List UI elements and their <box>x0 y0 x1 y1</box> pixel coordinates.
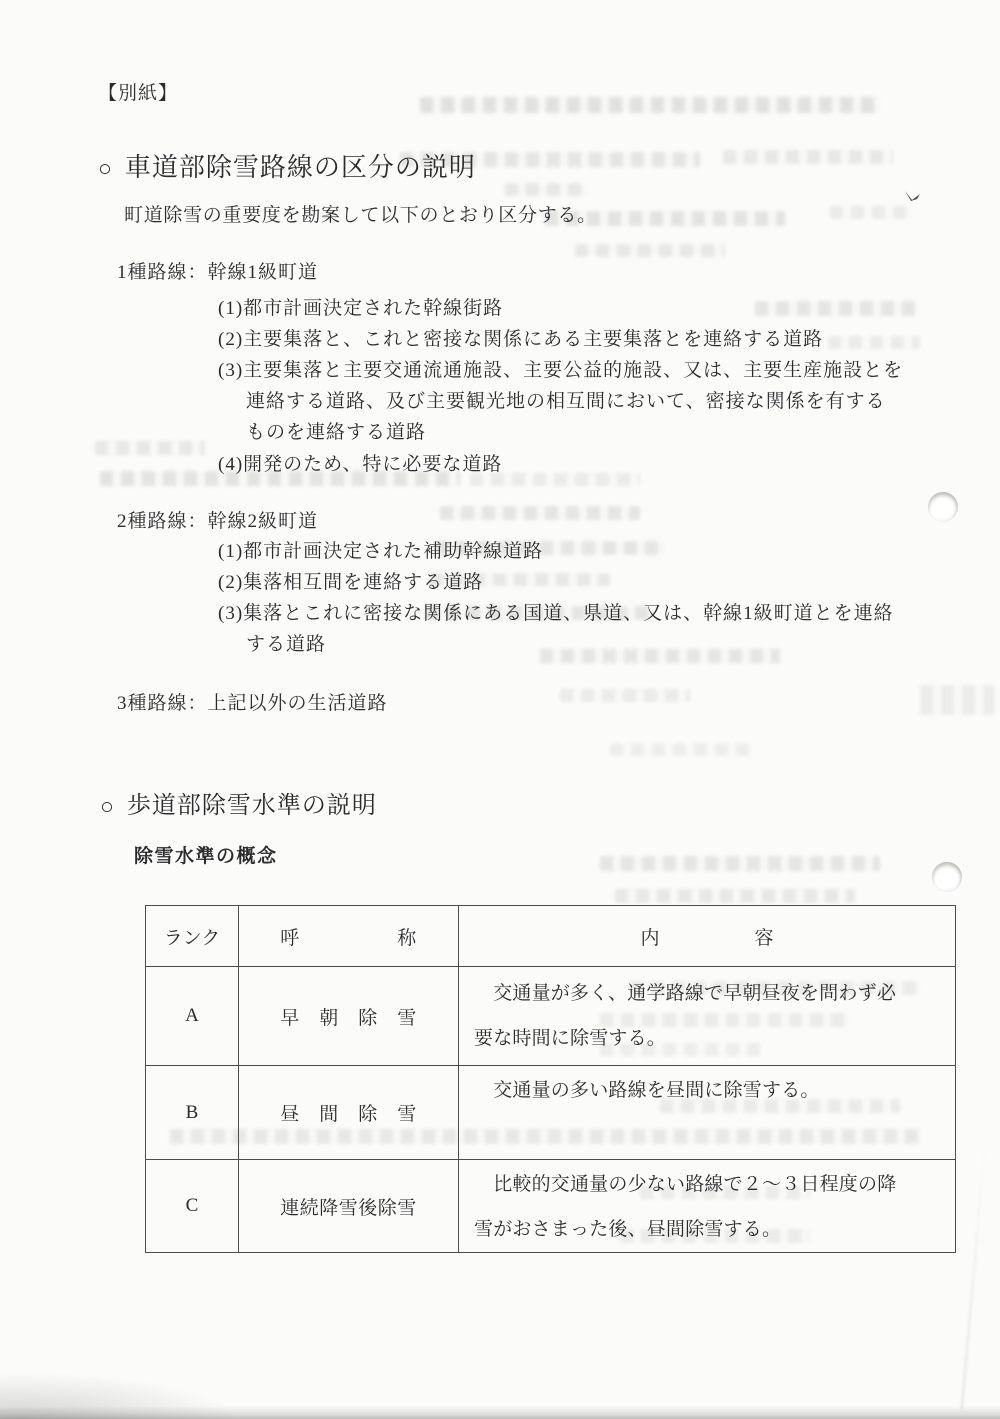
bleedthrough-smudge <box>920 685 995 715</box>
bleedthrough-smudge <box>600 856 880 871</box>
bleedthrough-smudge <box>420 97 880 113</box>
class1-item-continuation: ものを連絡する道路 <box>246 423 426 442</box>
description-line <box>474 1113 947 1158</box>
bleedthrough-smudge <box>755 301 915 316</box>
bleedthrough-smudge <box>95 441 205 455</box>
description-line: 比較的交通量の少ない路線で２～３日程度の降 <box>474 1162 947 1207</box>
bleedthrough-smudge <box>610 743 750 756</box>
scanned-document-page: 【別紙】 ○ 車道部除雪路線の区分の説明 町道除雪の重要度を勘案して以下のとおり… <box>0 0 1000 1419</box>
table-row: C 連続降雪後除雪 比較的交通量の少ない路線で２～３日程度の降 雪がおさまった後… <box>146 1160 956 1253</box>
name-cell: 早 朝 除 雪 <box>239 967 459 1066</box>
bleedthrough-smudge <box>828 336 920 349</box>
paper-crease-artifact <box>960 1140 987 1409</box>
class2-item: (3)集落とこれに密接な関係にある国道、県道、又は、幹線1級町道とを連絡 <box>218 604 894 623</box>
name-cell: 昼 間 除 雪 <box>239 1066 459 1160</box>
table-row: B 昼 間 除 雪 交通量の多い路線を昼間に除雪する。 <box>146 1066 956 1160</box>
bleedthrough-smudge <box>560 689 690 702</box>
description-cell: 交通量の多い路線を昼間に除雪する。 <box>459 1066 956 1160</box>
circle-bullet-icon: ○ <box>100 795 114 818</box>
header-rank: ランク <box>146 906 239 967</box>
scan-edge-shadow <box>0 1406 1000 1419</box>
class2-item: (2)集落相互間を連絡する道路 <box>218 573 483 592</box>
description-line: 交通量が多く、通学路線で早朝昼夜を問わず必 <box>474 971 947 1016</box>
name-cell: 連続降雪後除雪 <box>239 1160 459 1253</box>
rank-cell: A <box>146 967 239 1066</box>
attachment-tag: 【別紙】 <box>98 84 178 103</box>
description-line: 交通量の多い路線を昼間に除雪する。 <box>474 1068 947 1113</box>
punch-hole-artifact <box>928 492 958 522</box>
snow-removal-levels-table: ランク 呼 称 内 容 A 早 朝 除 雪 交通量が多く、通学路線で早朝昼夜を問… <box>145 905 956 1253</box>
bleedthrough-smudge <box>723 150 893 164</box>
description-cell: 交通量が多く、通学路線で早朝昼夜を問わず必 要な時間に除雪する。 <box>459 967 956 1066</box>
bleedthrough-smudge <box>575 244 725 257</box>
class2-item-continuation: する道路 <box>246 635 326 654</box>
table-caption: 除雪水準の概念 <box>134 847 278 866</box>
section-heading-roadway: ○ 車道部除雪路線の区分の説明 <box>98 152 476 184</box>
table-row: A 早 朝 除 雪 交通量が多く、通学路線で早朝昼夜を問わず必 要な時間に除雪す… <box>146 967 956 1066</box>
bleedthrough-smudge <box>830 206 910 219</box>
section-heading-sidewalk: ○ 歩道部除雪水準の説明 <box>100 791 377 821</box>
pen-mark-artifact <box>903 189 923 203</box>
bleedthrough-smudge <box>440 506 640 520</box>
section-title: 歩道部除雪水準の説明 <box>127 794 377 818</box>
class1-item: (2)主要集落と、これと密接な関係にある主要集落とを連絡する道路 <box>218 330 823 349</box>
bleedthrough-smudge <box>540 649 780 663</box>
class2-item: (1)都市計画決定された補助幹線道路 <box>218 542 543 561</box>
class3-label: 3種路線：上記以外の生活道路 <box>117 694 388 713</box>
circle-bullet-icon: ○ <box>98 157 112 180</box>
class1-item-continuation: 連絡する道路、及び主要観光地の相互間において、密接な関係を有する <box>246 392 886 411</box>
description-line: 要な時間に除雪する。 <box>474 1016 947 1061</box>
table-header-row: ランク 呼 称 内 容 <box>146 906 956 967</box>
section-title: 車道部除雪路線の区分の説明 <box>125 155 476 181</box>
header-content: 内 容 <box>459 906 956 967</box>
intro-sentence: 町道除雪の重要度を勘案して以下のとおり区分する。 <box>124 206 597 225</box>
rank-cell: B <box>146 1066 239 1160</box>
class1-item: (4)開発のため、特に必要な道路 <box>218 455 502 474</box>
punch-hole-artifact <box>932 862 962 892</box>
class1-label: 1種路線：幹線1級町道 <box>117 263 318 282</box>
rank-cell: C <box>146 1160 239 1253</box>
class2-label: 2種路線：幹線2級町道 <box>117 512 318 531</box>
bleedthrough-smudge <box>615 889 855 903</box>
bleedthrough-smudge <box>505 183 587 196</box>
description-line: 雪がおさまった後、昼間除雪する。 <box>474 1207 947 1252</box>
description-cell: 比較的交通量の少ない路線で２～３日程度の降 雪がおさまった後、昼間除雪する。 <box>459 1160 956 1253</box>
header-name: 呼 称 <box>239 906 459 967</box>
class1-item: (1)都市計画決定された幹線街路 <box>218 299 503 318</box>
class1-item: (3)主要集落と主要交通流通施設、主要公益的施設、又は、主要生産施設とを <box>218 361 903 380</box>
